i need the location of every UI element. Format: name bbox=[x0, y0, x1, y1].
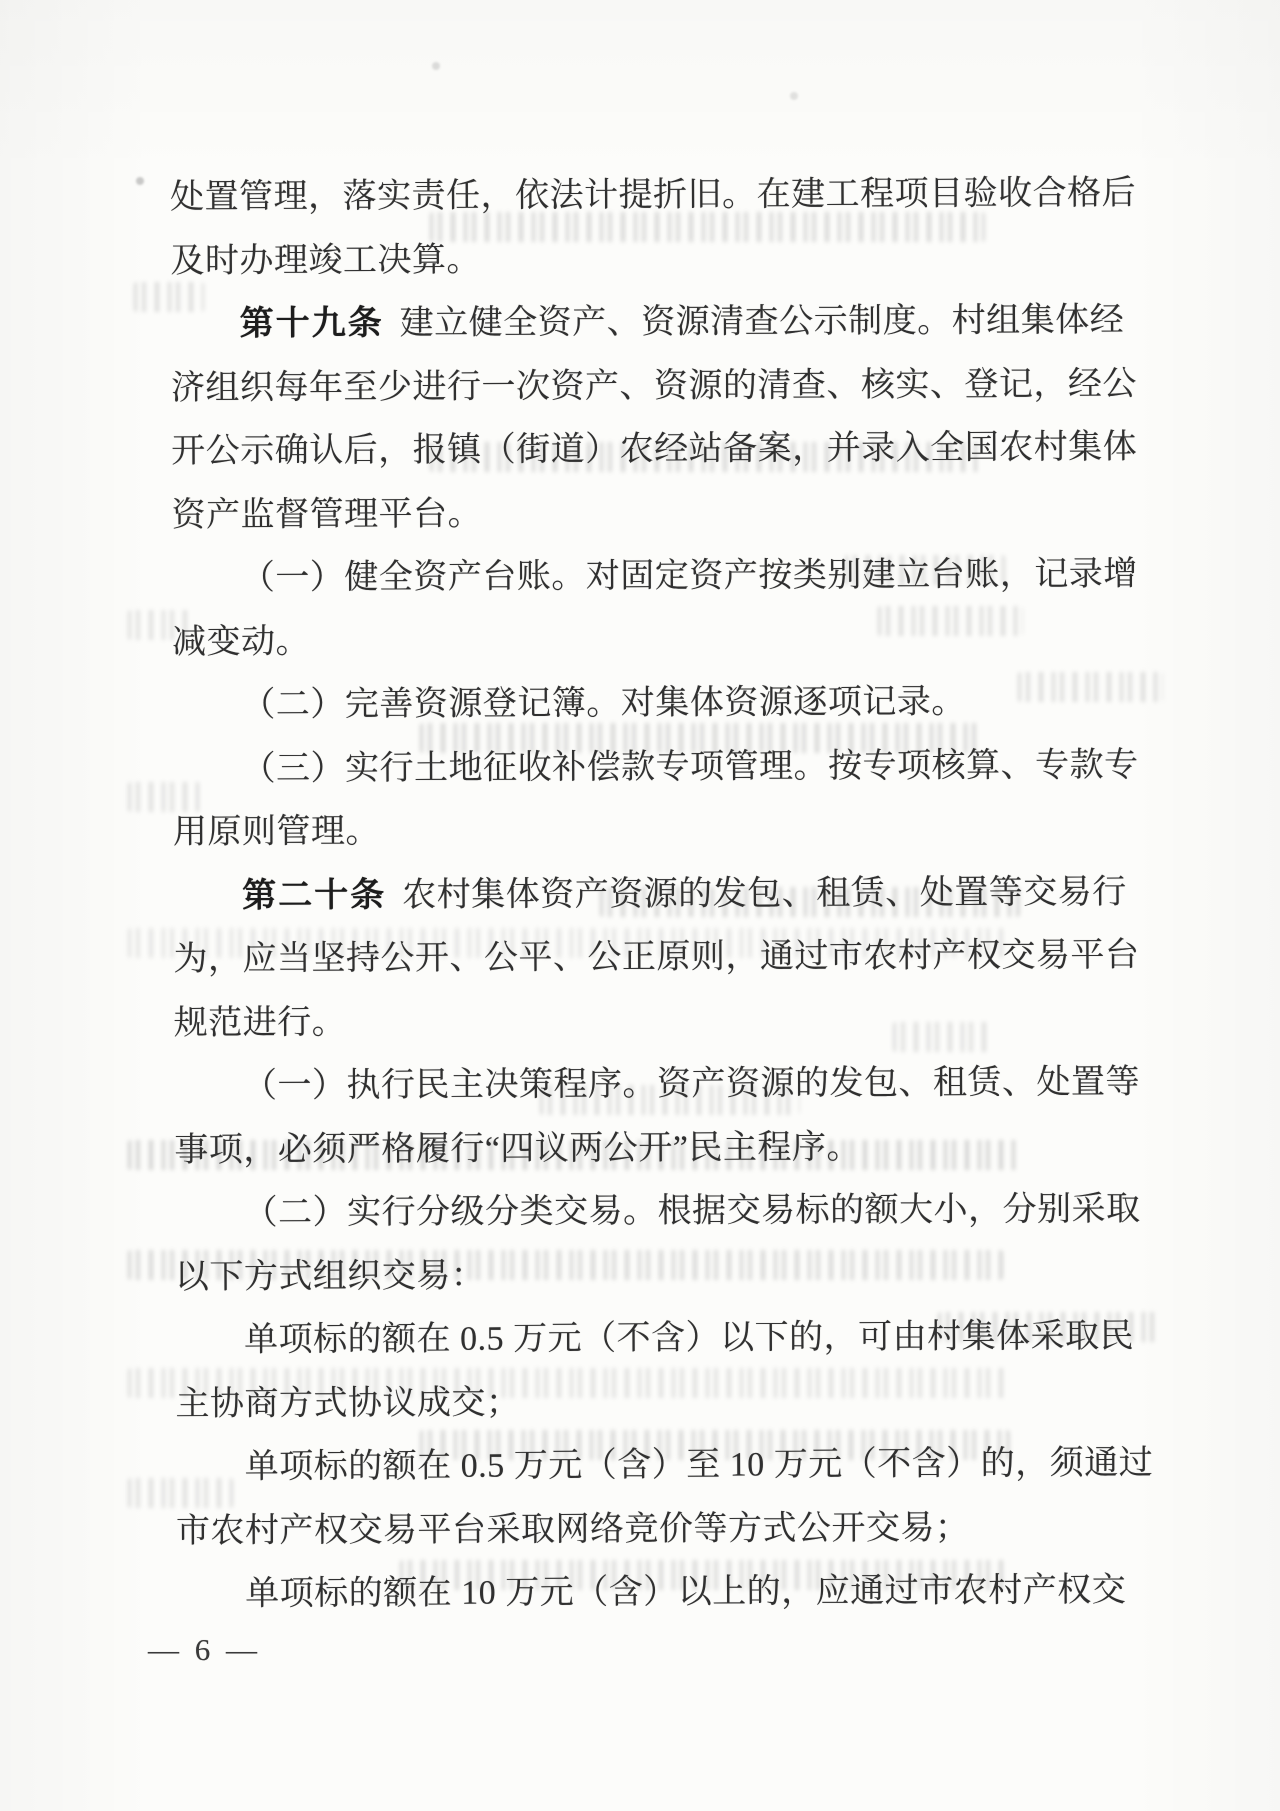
line-text: 处置管理，落实责任，依法计提折旧。在建工程项目验收合格后 bbox=[170, 175, 1136, 216]
line-text: （一）执行民主决策程序。资产资源的发包、租赁、处置等 bbox=[243, 1064, 1140, 1105]
line-text: 单项标的额在 0.5 万元（不含）以下的，可由村集体采取民 bbox=[244, 1318, 1134, 1359]
scan-speck bbox=[432, 62, 440, 70]
text-line: 单项标的额在 0.5 万元（含）至 10 万元（不含）的，须通过 bbox=[176, 1432, 1136, 1500]
line-text: 单项标的额在 10 万元（含）以上的，应通过市农村产权交 bbox=[245, 1572, 1126, 1613]
line-text: 以下方式组织交易： bbox=[175, 1257, 486, 1295]
text-line: （一）健全资产台账。对固定资产按类别建立台账，记录增 bbox=[172, 543, 1132, 611]
text-line: 规范进行。 bbox=[174, 987, 1134, 1055]
text-line: 主协商方式协议成交； bbox=[175, 1368, 1135, 1436]
text-line: 资产监督管理平台。 bbox=[171, 479, 1131, 547]
line-text: 资产监督管理平台。 bbox=[171, 495, 482, 533]
line-text: 减变动。 bbox=[172, 623, 310, 661]
line-text: 及时办理竣工决算。 bbox=[170, 241, 481, 279]
line-text: 事项，必须严格履行“四议两公开”民主程序。 bbox=[174, 1128, 861, 1168]
line-text: 开公示确认后，报镇（街道）农经站备案，并录入全国农村集体 bbox=[171, 429, 1137, 470]
line-text: 为，应当坚持公开、公平、公正原则，通过市农村产权交易平台 bbox=[173, 937, 1139, 978]
line-text: 建立健全资产、资源清查公示制度。村组集体经 bbox=[400, 302, 1125, 342]
article-line: 第二十条农村集体资产资源的发包、租赁、处置等交易行 bbox=[173, 860, 1133, 928]
line-text: 单项标的额在 0.5 万元（含）至 10 万元（不含）的，须通过 bbox=[245, 1445, 1154, 1486]
text-line: 为，应当坚持公开、公平、公正原则，通过市农村产权交易平台 bbox=[173, 924, 1133, 992]
text-line: 减变动。 bbox=[172, 606, 1132, 674]
document-body: 处置管理，落实责任，依法计提折旧。在建工程项目验收合格后及时办理竣工决算。第十九… bbox=[170, 162, 1136, 1627]
article-line: 第十九条建立健全资产、资源清查公示制度。村组集体经 bbox=[171, 289, 1131, 357]
text-line: 开公示确认后，报镇（街道）农经站备案，并录入全国农村集体 bbox=[171, 416, 1131, 484]
text-line: （二）完善资源登记簿。对集体资源逐项记录。 bbox=[172, 670, 1132, 738]
line-text: 济组织每年至少进行一次资产、资源的清查、核实、登记，经公 bbox=[171, 365, 1137, 406]
text-line: 市农村产权交易平台采取网络竞价等方式公开交易； bbox=[176, 1495, 1136, 1563]
line-text: 用原则管理。 bbox=[173, 813, 380, 851]
text-line: 及时办理竣工决算。 bbox=[170, 225, 1130, 293]
page-number: — 6 — bbox=[148, 1632, 261, 1668]
scan-speck bbox=[136, 177, 144, 185]
line-text: 主协商方式协议成交； bbox=[175, 1384, 520, 1423]
line-text: 规范进行。 bbox=[174, 1004, 347, 1042]
scanned-page: 处置管理，落实责任，依法计提折旧。在建工程项目验收合格后及时办理竣工决算。第十九… bbox=[0, 0, 1280, 1811]
text-line: 处置管理，落实责任，依法计提折旧。在建工程项目验收合格后 bbox=[170, 162, 1130, 230]
article-number: 第二十条 bbox=[242, 876, 386, 915]
article-number: 第十九条 bbox=[240, 304, 384, 343]
line-text: 农村集体资产资源的发包、租赁、处置等交易行 bbox=[402, 873, 1127, 913]
line-text: 市农村产权交易平台采取网络竞价等方式公开交易； bbox=[176, 1509, 970, 1549]
line-text: （二）完善资源登记簿。对集体资源逐项记录。 bbox=[241, 684, 966, 724]
line-text: （一）健全资产台账。对固定资产按类别建立台账，记录增 bbox=[241, 556, 1138, 597]
text-line: 以下方式组织交易： bbox=[175, 1241, 1135, 1309]
scan-speck bbox=[790, 92, 798, 100]
text-line: 事项，必须严格履行“四议两公开”民主程序。 bbox=[174, 1114, 1134, 1182]
text-line: 单项标的额在 10 万元（含）以上的，应通过市农村产权交 bbox=[176, 1559, 1136, 1627]
text-line: 济组织每年至少进行一次资产、资源的清查、核实、登记，经公 bbox=[171, 352, 1131, 420]
text-line: （三）实行土地征收补偿款专项管理。按专项核算、专款专 bbox=[172, 733, 1132, 801]
text-line: 单项标的额在 0.5 万元（不含）以下的，可由村集体采取民 bbox=[175, 1305, 1135, 1373]
line-text: （二）实行分级分类交易。根据交易标的额大小，分别采取 bbox=[243, 1191, 1140, 1232]
text-line: （一）执行民主决策程序。资产资源的发包、租赁、处置等 bbox=[174, 1051, 1134, 1119]
line-text: （三）实行土地征收补偿款专项管理。按专项核算、专款专 bbox=[242, 746, 1139, 787]
text-line: （二）实行分级分类交易。根据交易标的额大小，分别采取 bbox=[174, 1178, 1134, 1246]
text-line: 用原则管理。 bbox=[173, 797, 1133, 865]
